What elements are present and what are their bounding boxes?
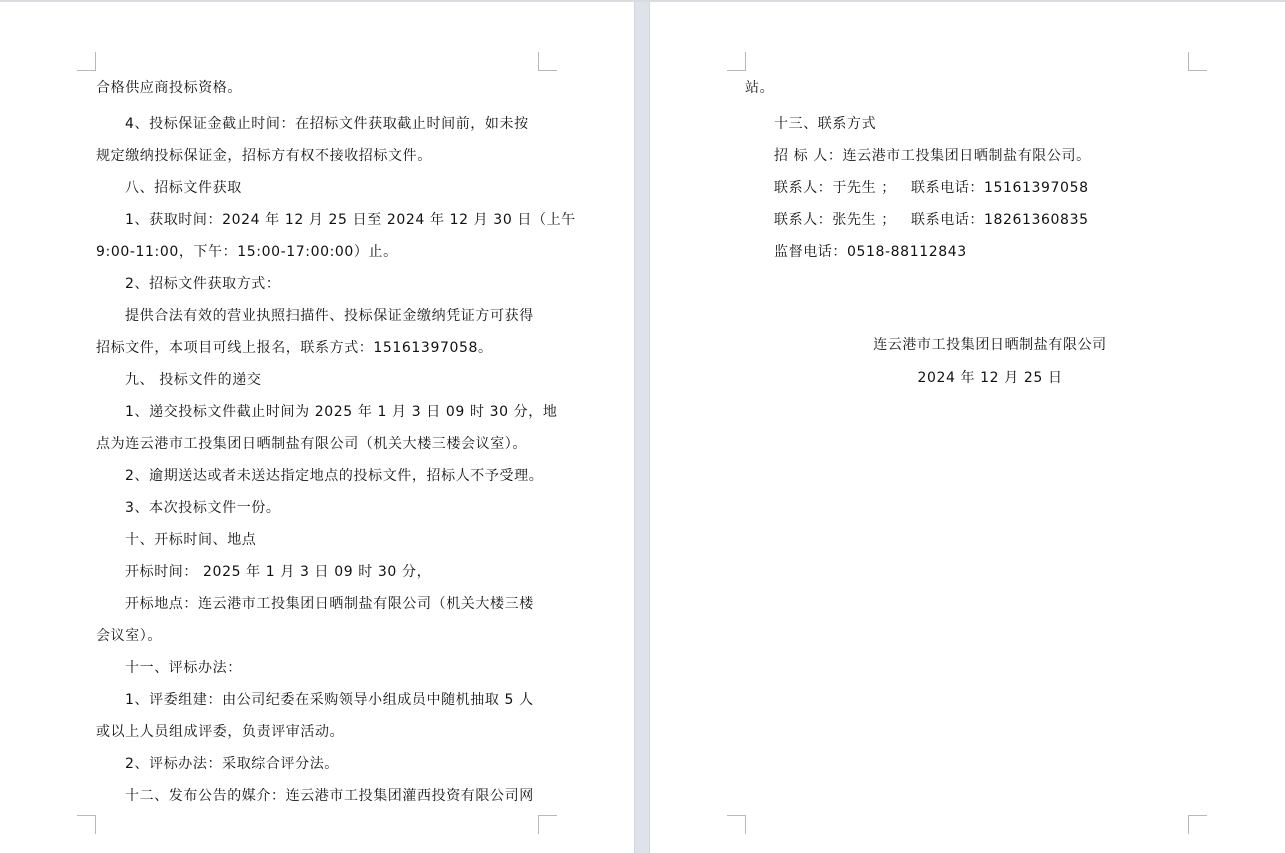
paragraph-line: 会议室）。 (96, 620, 541, 652)
paragraph-line: 开标时间： 2025 年 1 月 3 日 09 时 30 分， (96, 556, 541, 588)
margin-corner-mark (1188, 52, 1207, 71)
contact-line: 联系人：张先生 ； 联系电话：18261360835 (745, 204, 1190, 236)
paragraph-line: 开标地点：连云港市工投集团日晒制盐有限公司（机关大楼三楼 (96, 588, 541, 620)
margin-corner-mark (727, 52, 746, 71)
paragraph-line: 提供合法有效的营业执照扫描件、投标保证金缴纳凭证方可获得 (96, 300, 541, 332)
section-heading: 八、招标文件获取 (96, 172, 541, 204)
paragraph-line: 9:00-11:00，下午：15:00-17:00:00）止。 (96, 236, 541, 268)
margin-corner-mark (77, 52, 96, 71)
supervision-phone-line: 监督电话：0518-88112843 (745, 236, 1190, 268)
document-viewport[interactable]: 合格供应商投标资格。 4、投标保证金截止时间：在招标文件获取截止时间前，如未按 … (0, 0, 1285, 853)
paragraph-line: 1、评委组建：由公司纪委在采购领导小组成员中随机抽取 5 人 (96, 684, 541, 716)
left-page-body: 合格供应商投标资格。 4、投标保证金截止时间：在招标文件获取截止时间前，如未按 … (96, 72, 541, 812)
section-heading: 十、开标时间、地点 (96, 524, 541, 556)
paragraph-line: 1、递交投标文件截止时间为 2025 年 1 月 3 日 09 时 30 分，地 (96, 396, 541, 428)
paragraph-line: 站。 (745, 72, 1190, 108)
paragraph-line: 点为连云港市工投集团日晒制盐有限公司（机关大楼三楼会议室）。 (96, 428, 541, 460)
margin-corner-mark (77, 815, 96, 834)
paragraph-line: 4、投标保证金截止时间：在招标文件获取截止时间前，如未按 (96, 108, 541, 140)
right-page-body: 站。 十三、联系方式 招 标 人：连云港市工投集团日晒制盐有限公司。 联系人：于… (745, 72, 1190, 268)
section-heading: 九、 投标文件的递交 (96, 364, 541, 396)
paragraph-line: 招标文件，本项目可线上报名，联系方式：15161397058。 (96, 332, 541, 364)
margin-corner-mark (538, 815, 557, 834)
signature-date: 2024 年 12 月 25 日 (820, 367, 1160, 389)
margin-corner-mark (1188, 815, 1207, 834)
paragraph-line: 合格供应商投标资格。 (96, 72, 541, 108)
margin-corner-mark (727, 815, 746, 834)
section-heading: 十一、评标办法： (96, 652, 541, 684)
paragraph-line: 2、招标文件获取方式： (96, 268, 541, 300)
signature-company: 连云港市工投集团日晒制盐有限公司 (820, 334, 1160, 356)
paragraph-line: 2、评标办法：采取综合评分法。 (96, 748, 541, 780)
paragraph-line: 3、本次投标文件一份。 (96, 492, 541, 524)
page-gutter (634, 2, 650, 853)
section-heading: 十三、联系方式 (745, 108, 1190, 140)
paragraph-line: 规定缴纳投标保证金，招标方有权不接收招标文件。 (96, 140, 541, 172)
section-heading: 十二、发布公告的媒介：连云港市工投集团灌西投资有限公司网 (96, 780, 541, 812)
page-left: 合格供应商投标资格。 4、投标保证金截止时间：在招标文件获取截止时间前，如未按 … (0, 2, 634, 853)
tenderer-line: 招 标 人：连云港市工投集团日晒制盐有限公司。 (745, 140, 1190, 172)
paragraph-line: 1、获取时间：2024 年 12 月 25 日至 2024 年 12 月 30 … (96, 204, 541, 236)
margin-corner-mark (538, 52, 557, 71)
paragraph-line: 2、逾期送达或者未送达指定地点的投标文件，招标人不予受理。 (96, 460, 541, 492)
contact-line: 联系人：于先生 ； 联系电话：15161397058 (745, 172, 1190, 204)
paragraph-line: 或以上人员组成评委，负责评审活动。 (96, 716, 541, 748)
